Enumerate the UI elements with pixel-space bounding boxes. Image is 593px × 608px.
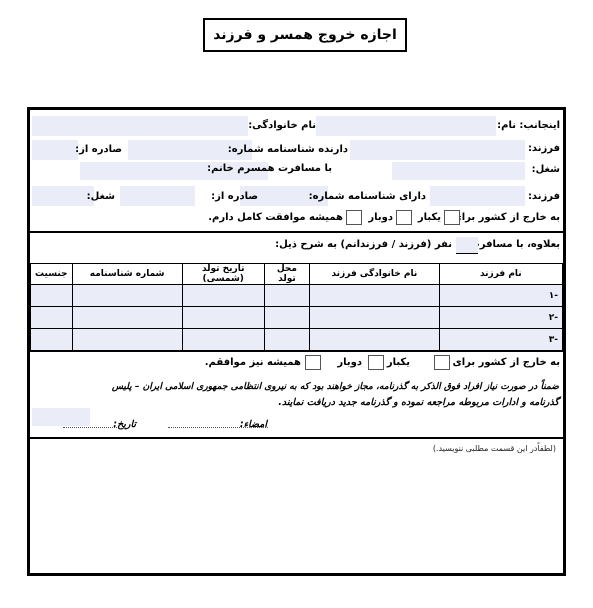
- job-label: شغل:: [532, 163, 560, 177]
- table-row: -۱: [31, 285, 563, 307]
- child2-label: فرزند:: [528, 190, 560, 204]
- abroad-label: به خارج از کشور برای: [453, 211, 560, 225]
- child-id-label: دارای شناسنامه شماره:: [309, 190, 426, 204]
- twice-label: دوبار: [368, 211, 393, 225]
- office-use-hint: (لطفاًدر این قسمت مطلبی ننویسید.): [433, 444, 556, 453]
- child-issued-from-field[interactable]: [120, 186, 195, 206]
- child-name-cell[interactable]: -۲: [439, 307, 562, 329]
- issued-from-field[interactable]: [32, 140, 78, 160]
- child-family-cell[interactable]: [310, 329, 439, 351]
- spouse-label: با مسافرت همسرم خانم:: [207, 162, 332, 176]
- child-issued-label: صادره از:: [211, 190, 258, 204]
- once-checkbox[interactable]: [396, 210, 412, 225]
- header-child-name: نام فرزند: [439, 264, 562, 285]
- passport-note-line1: ضمناً در صورت نیاز افراد فوق الذکر به گذ…: [112, 381, 559, 394]
- header-birth-place: محل تولد: [264, 264, 309, 285]
- child-name-cell[interactable]: -۱: [439, 285, 562, 307]
- child-job-field[interactable]: [32, 186, 94, 206]
- birth-place-cell[interactable]: [264, 329, 309, 351]
- once2-label: یکبار: [387, 356, 410, 370]
- twice2-checkbox[interactable]: [305, 355, 321, 370]
- child-family-cell[interactable]: [310, 307, 439, 329]
- child-name-cell[interactable]: -۳: [439, 329, 562, 351]
- abroad2-label: به خارج از کشور برای: [453, 356, 560, 370]
- child-job-label: شغل:: [87, 190, 115, 204]
- issued-from-label: صادره از:: [75, 143, 122, 157]
- name-field[interactable]: [316, 116, 496, 136]
- gender-cell[interactable]: [31, 329, 73, 351]
- travelers-count-field[interactable]: [456, 237, 478, 254]
- id-number-cell[interactable]: [72, 329, 182, 351]
- birth-place-cell[interactable]: [264, 307, 309, 329]
- passport-note-line2: گذرنامه و ادارات مربوطه مراجعه نموده و گ…: [278, 396, 559, 409]
- signature-label: امضاء:: [240, 418, 267, 431]
- once-label: یکبار: [418, 211, 441, 225]
- birth-date-cell[interactable]: [182, 329, 264, 351]
- table-bottom-divider: [28, 350, 565, 352]
- once2-checkbox[interactable]: [368, 355, 384, 370]
- twice-checkbox[interactable]: [346, 210, 362, 225]
- id-number-cell[interactable]: [72, 285, 182, 307]
- family-name-label: نام خانوادگی:: [248, 119, 316, 133]
- always2-label: همیشه نیز موافقم.: [205, 356, 301, 370]
- section-divider: [28, 231, 565, 233]
- header-child-family: نام خانوادگی فرزند: [310, 264, 439, 285]
- birth-date-cell[interactable]: [182, 285, 264, 307]
- name-label: اینجانب: نام:: [497, 119, 560, 133]
- birth-date-cell[interactable]: [182, 307, 264, 329]
- office-section-divider: [28, 437, 565, 439]
- for-checkbox[interactable]: [444, 210, 460, 225]
- gender-cell[interactable]: [31, 285, 73, 307]
- children-table: نام فرزند نام خانوادگی فرزند محل تولد تا…: [30, 263, 563, 351]
- count-suffix-label: نفر (فرزند / فرزندانم) به شرح ذیل:: [275, 238, 452, 252]
- header-birth-date: تاریخ تولد (شمسی): [182, 264, 264, 285]
- child-label: فرزند:: [528, 142, 560, 156]
- gender-cell[interactable]: [31, 307, 73, 329]
- job-field[interactable]: [392, 162, 525, 180]
- twice2-label: دوبار: [337, 356, 362, 370]
- for2-checkbox[interactable]: [434, 355, 450, 370]
- date-line[interactable]: [63, 427, 117, 428]
- header-id-number: شماره شناسنامه: [72, 264, 182, 285]
- family-name-field[interactable]: [32, 116, 248, 136]
- always-label: همیشه موافقت کامل دارم.: [208, 211, 343, 225]
- id-number-cell[interactable]: [72, 307, 182, 329]
- table-row: -۲: [31, 307, 563, 329]
- additionally-label: بعلاوه، با مسافرت:: [466, 238, 560, 252]
- id-number-label: دارنده شناسنامه شماره:: [228, 143, 348, 157]
- father-name-field[interactable]: [350, 140, 525, 160]
- date-label: تاریخ:: [113, 418, 136, 431]
- page-title: اجازه خروج همسر و فرزند: [203, 18, 407, 52]
- signature-line[interactable]: [168, 427, 268, 428]
- table-row: -۳: [31, 329, 563, 351]
- child-father-field[interactable]: [430, 186, 525, 206]
- birth-place-cell[interactable]: [264, 285, 309, 307]
- child-family-cell[interactable]: [310, 285, 439, 307]
- header-gender: جنسیت: [31, 264, 73, 285]
- extra-field[interactable]: [32, 408, 90, 426]
